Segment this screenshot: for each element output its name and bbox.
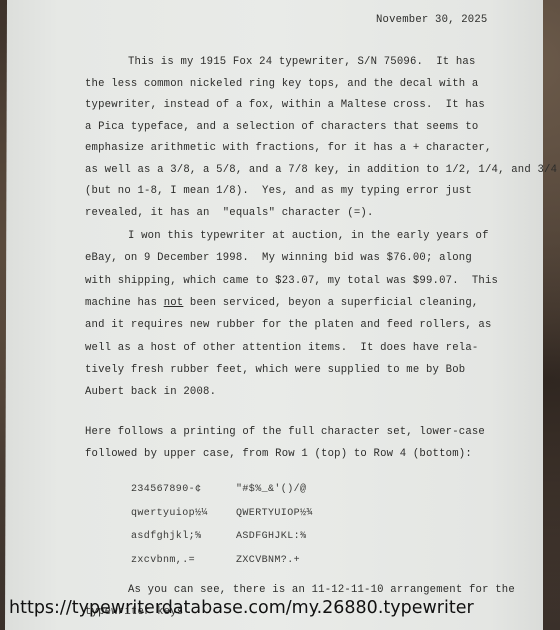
typed-line: Here follows a printing of the full char…	[85, 427, 485, 438]
typed-line: a Pica typeface, and a selection of char…	[85, 122, 478, 133]
typed-line: revealed, it has an "equals" character (…	[85, 208, 374, 219]
typed-line: well as a host of other attention items.…	[85, 343, 478, 354]
typed-line: typewriter, instead of a fox, within a M…	[85, 100, 485, 111]
charset-row-upper: "#$%_&'()/@	[236, 484, 306, 495]
charset-row-upper: ASDFGHJKL:⅜	[236, 531, 306, 542]
source-url-watermark[interactable]: https://typewriterdatabase.com/my.26880.…	[9, 598, 474, 618]
charset-row-lower: asdfghjkl;⅝	[131, 531, 201, 542]
typed-line: eBay, on 9 December 1998. My winning bid…	[85, 253, 472, 264]
charset-row-lower: qwertyuiop½¼	[131, 508, 208, 519]
typed-line: machine has not been serviced, beyon a s…	[85, 298, 478, 309]
typed-line: the less common nickeled ring key tops, …	[85, 79, 478, 90]
typed-line: tively fresh rubber feet, which were sup…	[85, 365, 465, 376]
charset-row-lower: zxcvbnm,.=	[131, 555, 195, 566]
charset-row-lower: 234567890-¢	[131, 484, 201, 495]
typed-line: I won this typewriter at auction, in the…	[128, 231, 489, 242]
typed-line: This is my 1915 Fox 24 typewriter, S/N 7…	[128, 57, 476, 68]
charset-row-upper: ZXCVBNM?.+	[236, 555, 300, 566]
typed-line: as well as a 3/8, a 5/8, and a 7/8 key, …	[85, 165, 557, 176]
typed-line: with shipping, which came to $23.07, my …	[85, 276, 498, 287]
typed-line: (but no 1-8, I mean 1/8). Yes, and as my…	[85, 186, 472, 197]
typed-line: followed by upper case, from Row 1 (top)…	[85, 449, 472, 460]
typed-line: Aubert back in 2008.	[85, 387, 216, 398]
typed-line: and it requires new rubber for the plate…	[85, 320, 492, 331]
document-date: November 30, 2025	[376, 15, 487, 26]
typed-line: As you can see, there is an 11-12-11-10 …	[128, 585, 515, 596]
typed-line: emphasize arithmetic with fractions, for…	[85, 143, 492, 154]
charset-row-upper: QWERTYUIOP½¾	[236, 508, 313, 519]
